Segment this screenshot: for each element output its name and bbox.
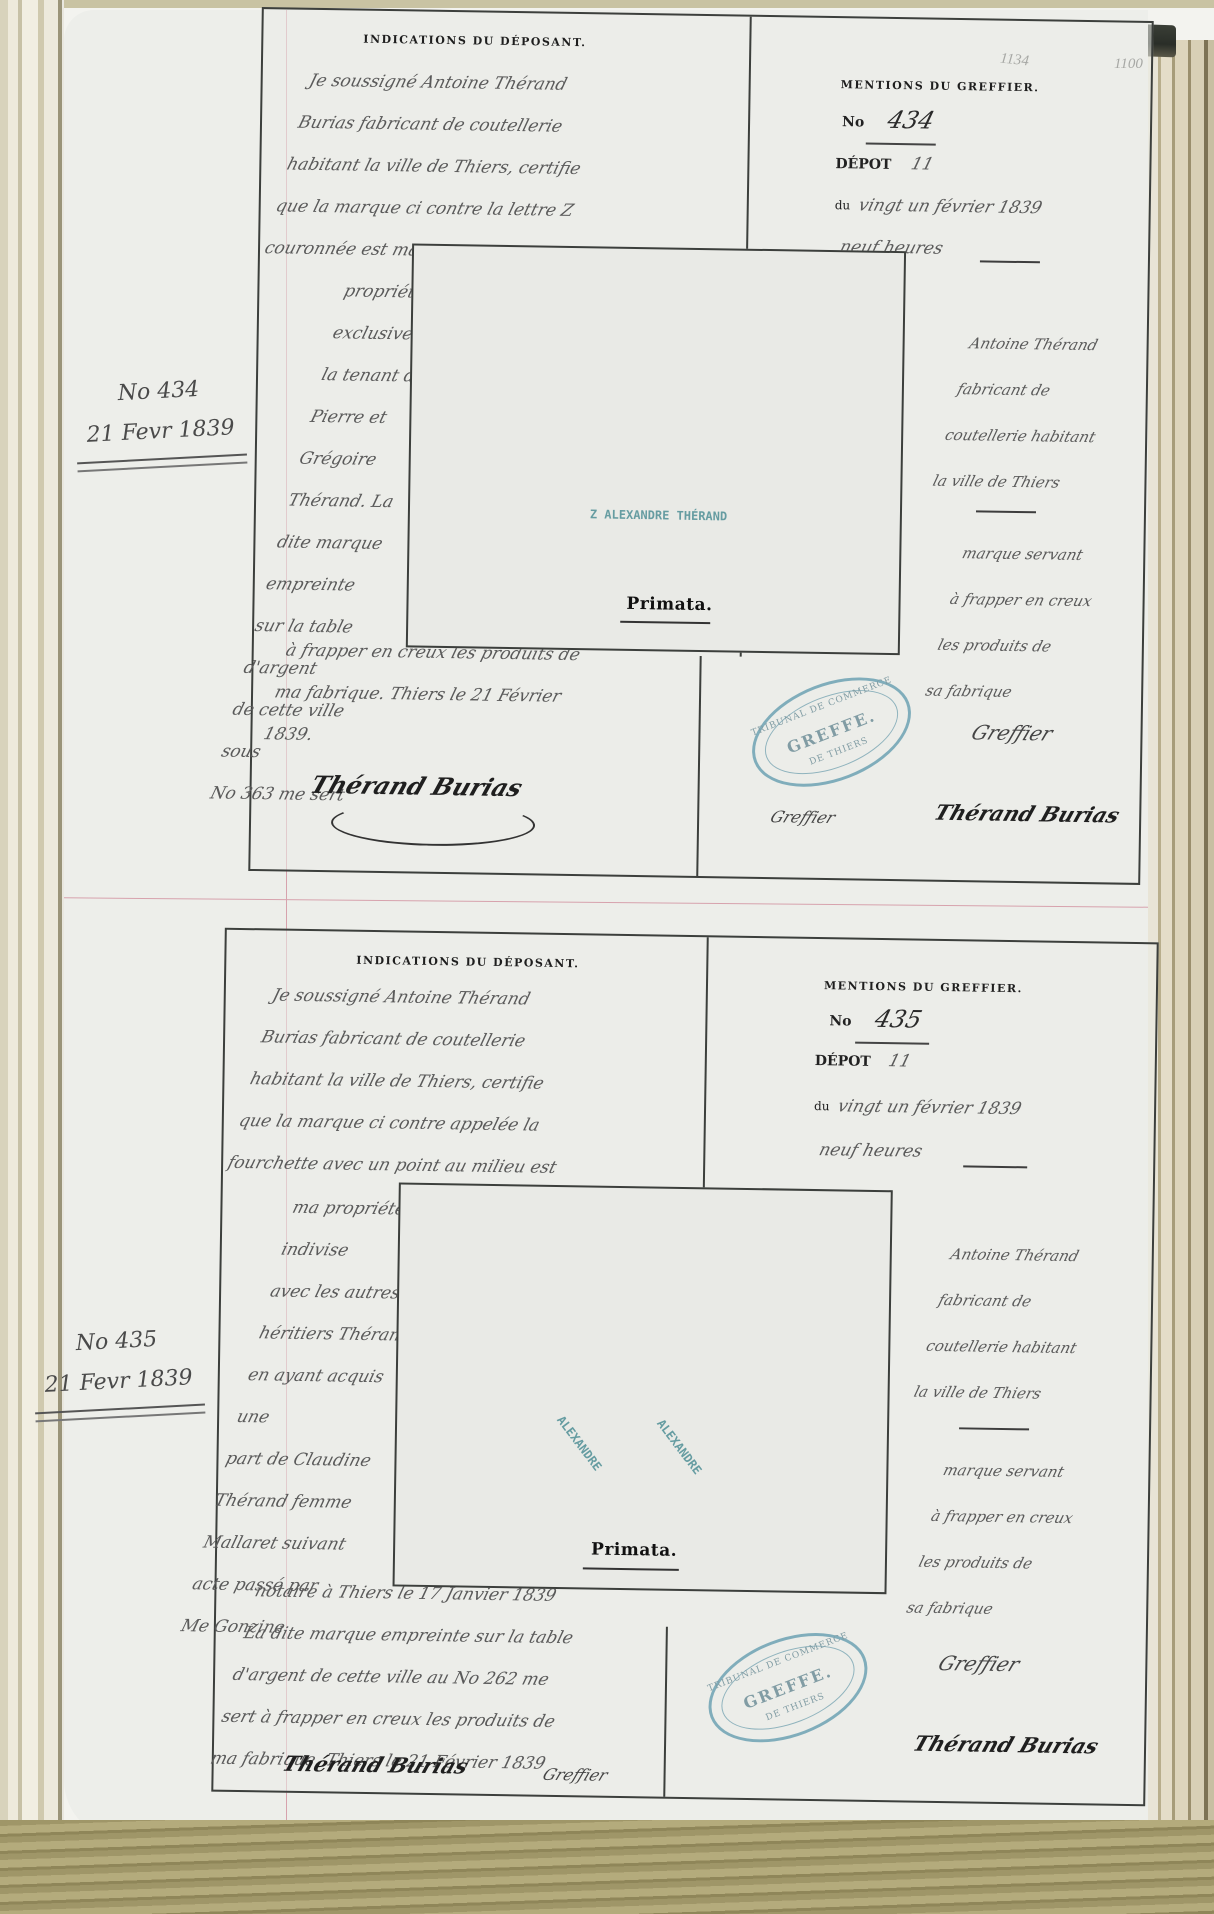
- clerk-column-depositor-signature: Thérand Burias: [910, 1731, 1102, 1759]
- depot-label: DÉPOT: [835, 156, 891, 173]
- margin-note-date: 21 Fevr 1839: [28, 1357, 210, 1406]
- trademark-stamp-fork-left: ALEXANDRE: [555, 1414, 604, 1473]
- date-label: du: [814, 1099, 830, 1113]
- number-label: No: [829, 1013, 851, 1029]
- clerk-section-header: MENTIONS DU GREFFIER.: [841, 78, 1040, 94]
- witness-signature: Greffier: [540, 1765, 611, 1785]
- clerk-separator: [976, 510, 1036, 513]
- depositor-section-header: INDICATIONS DU DÉPOSANT.: [363, 33, 586, 50]
- time-underline: [963, 1165, 1027, 1168]
- caption-underline: [583, 1567, 679, 1571]
- deposit-form-435: INDICATIONS DU DÉPOSANT. Je soussigné An…: [211, 928, 1158, 1807]
- mark-caption: Primata.: [591, 1540, 677, 1561]
- desk-background-top: [0, 0, 1214, 8]
- signature-flourish: [331, 800, 536, 847]
- margin-note-date: 21 Fevr 1839: [70, 407, 252, 456]
- depositor-signature: Thérand Burias: [307, 770, 527, 802]
- depot-value: 11: [883, 1040, 916, 1082]
- mark-caption: Primata.: [626, 594, 712, 615]
- depot-label: DÉPOT: [815, 1053, 871, 1070]
- trademark-stamp-crowned-z: Z ALEXANDRE THÉRAND: [590, 508, 727, 522]
- greffe-seal-stamp: TRIBUNAL DE COMMERCE GREFFE. DE THIERS: [693, 1612, 883, 1763]
- deposit-number: 435: [870, 998, 927, 1041]
- clerk-column-depositor-signature: Thérand Burias: [931, 800, 1123, 828]
- date-label: du: [835, 198, 851, 212]
- deposit-form-434: INDICATIONS DU DÉPOSANT. Je soussigné An…: [248, 7, 1153, 885]
- time-underline: [980, 260, 1040, 263]
- deposit-date: vingt un février 1839: [833, 1085, 1124, 1131]
- margin-note-entry-434: No 434 21 Fevr 1839: [68, 367, 253, 472]
- book-spine-left-pages: [0, 0, 64, 1914]
- clerk-section-header: MENTIONS DU GREFFIER.: [824, 979, 1023, 995]
- deposit-number: 434: [883, 99, 940, 142]
- depositor-section-header: INDICATIONS DU DÉPOSANT.: [356, 954, 579, 971]
- desk-background-bottom: [0, 1820, 1214, 1914]
- clerk-mark-description: marque servant à frapper en creux les pr…: [901, 1447, 1140, 1633]
- clerk-depositor-description: Antoine Thérand fabricant de coutellerie…: [908, 1231, 1137, 1417]
- depositor-signature: Thérand Burias: [279, 1751, 471, 1779]
- clerk-mark-description: marque servant à frapper en creux les pr…: [920, 530, 1159, 716]
- witness-signature: Greffier: [768, 807, 839, 827]
- trademark-impression-box: Z ALEXANDRE THÉRAND Primata.: [406, 243, 906, 655]
- trademark-impression-box: ALEXANDRE ALEXANDRE Primata.: [393, 1182, 893, 1594]
- clerk-signature: Greffier: [935, 1651, 1023, 1676]
- caption-underline: [620, 621, 710, 624]
- clerk-depositor-description: Antoine Thérand fabricant de coutellerie…: [927, 320, 1156, 506]
- depositor-statement-top: Je soussigné Antoine Thérand Burias fabr…: [260, 60, 776, 276]
- depot-value: 11: [906, 143, 939, 185]
- depositor-statement-top: Je soussigné Antoine Thérand Burias fabr…: [223, 975, 729, 1191]
- clerk-signature: Greffier: [968, 720, 1056, 745]
- number-label: No: [842, 114, 864, 130]
- clerk-separator: [959, 1427, 1029, 1430]
- deposit-date: vingt un février 1839: [853, 185, 1144, 231]
- deposit-time: neuf heures: [814, 1129, 928, 1172]
- trademark-stamp-fork-right: ALEXANDRE: [655, 1417, 704, 1476]
- margin-note-entry-435: No 435 21 Fevr 1839: [26, 1317, 211, 1422]
- greffe-seal-stamp: TRIBUNAL DE COMMERCE GREFFE. DE THIERS: [736, 656, 926, 807]
